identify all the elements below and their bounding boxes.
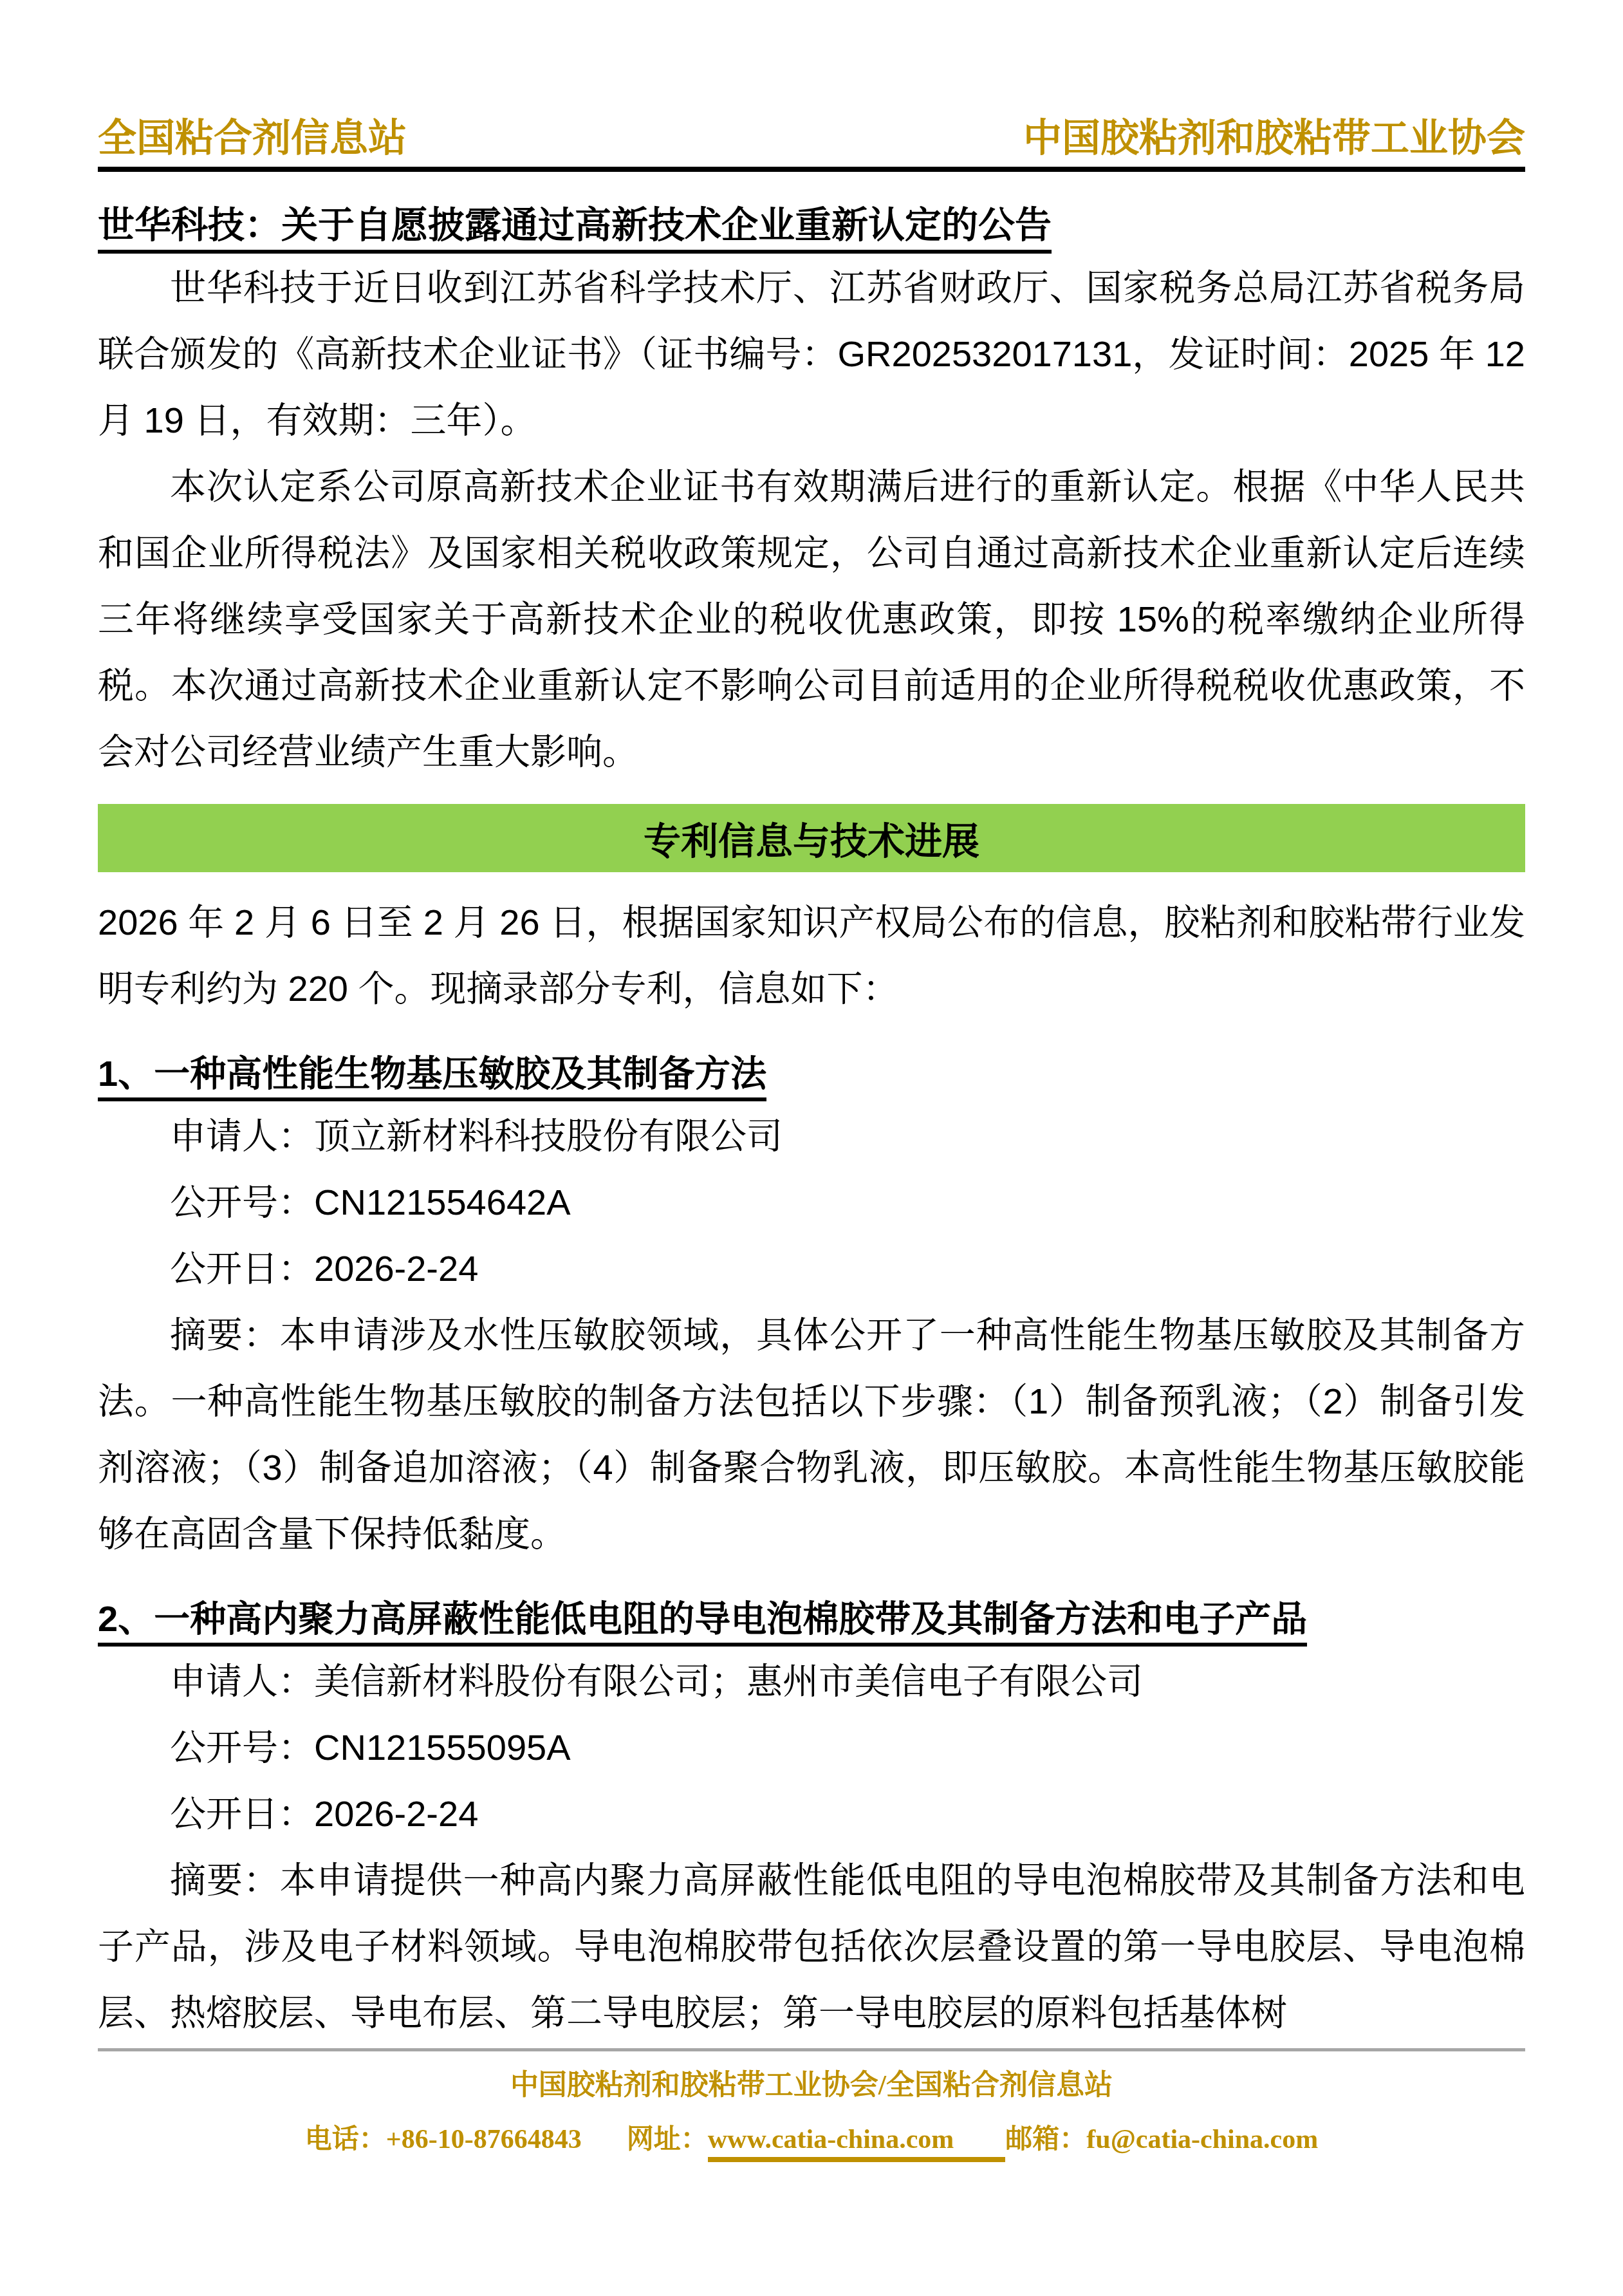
footer-organization-line: 中国胶粘剂和胶粘带工业协会/全国粘合剂信息站 bbox=[98, 2069, 1525, 2102]
announcement-paragraph: 本次认定系公司原高新技术企业证书有效期满后进行的重新认定。根据《中华人民共和国企… bbox=[98, 453, 1525, 785]
patent-heading: 1、一种高性能生物基压敏胶及其制备方法 bbox=[98, 1045, 1525, 1103]
document-page: 全国粘合剂信息站 中国胶粘剂和胶粘带工业协会 世华科技：关于自愿披露通过高新技术… bbox=[0, 0, 1623, 2296]
announcement-paragraph: 世华科技于近日收到江苏省科学技术厅、江苏省财政厅、国家税务总局江苏省税务局联合颁… bbox=[98, 254, 1525, 453]
announcement-title: 世华科技：关于自愿披露通过高新技术企业重新认定的公告 bbox=[98, 196, 1525, 254]
patent-publication-no: 公开号：CN121555095A bbox=[98, 1714, 1525, 1780]
footer-contacts-line: 电话：+86-10-87664843网址：www.catia-china.com… bbox=[98, 2123, 1525, 2156]
announcement-title-text: 世华科技：关于自愿披露通过高新技术企业重新认定的公告 bbox=[98, 205, 1052, 254]
patent-publication-date: 公开日：2026-2-24 bbox=[98, 1235, 1525, 1302]
footer-phone: 电话：+86-10-87664843 bbox=[305, 2125, 582, 2154]
patent-entry: 2、一种高内聚力高屏蔽性能低电阻的导电泡棉胶带及其制备方法和电子产品 申请人：美… bbox=[98, 1590, 1525, 2046]
patent-heading-text: 2、一种高内聚力高屏蔽性能低电阻的导电泡棉胶带及其制备方法和电子产品 bbox=[98, 1598, 1307, 1647]
patent-applicant: 申请人：顶立新材料科技股份有限公司 bbox=[98, 1103, 1525, 1169]
page-footer: 中国胶粘剂和胶粘带工业协会/全国粘合剂信息站 电话：+86-10-8766484… bbox=[98, 2048, 1525, 2156]
patents-intro: 2026 年 2 月 6 日至 2 月 26 日，根据国家知识产权局公布的信息，… bbox=[98, 889, 1525, 1022]
footer-website-link[interactable]: www.catia-china.com bbox=[708, 2125, 1006, 2162]
section-banner-title: 专利信息与技术进展 bbox=[644, 811, 979, 865]
patent-abstract: 摘要：本申请提供一种高内聚力高屏蔽性能低电阻的导电泡棉胶带及其制备方法和电子产品… bbox=[98, 1847, 1525, 2046]
patent-heading-text: 1、一种高性能生物基压敏胶及其制备方法 bbox=[98, 1053, 766, 1101]
masthead-left-brand: 全国粘合剂信息站 bbox=[98, 118, 407, 159]
patent-publication-date: 公开日：2026-2-24 bbox=[98, 1780, 1525, 1847]
section-banner: 专利信息与技术进展 bbox=[98, 804, 1525, 872]
document-body: 世华科技：关于自愿披露通过高新技术企业重新认定的公告 世华科技于近日收到江苏省科… bbox=[98, 196, 1525, 2046]
masthead-right-brand: 中国胶粘剂和胶粘带工业协会 bbox=[1023, 118, 1525, 159]
patent-heading: 2、一种高内聚力高屏蔽性能低电阻的导电泡棉胶带及其制备方法和电子产品 bbox=[98, 1590, 1525, 1648]
patent-publication-no: 公开号：CN121554642A bbox=[98, 1169, 1525, 1235]
footer-web-label: 网址： bbox=[627, 2125, 708, 2154]
patent-entry: 1、一种高性能生物基压敏胶及其制备方法 申请人：顶立新材料科技股份有限公司 公开… bbox=[98, 1045, 1525, 1567]
patent-applicant: 申请人：美信新材料股份有限公司；惠州市美信电子有限公司 bbox=[98, 1648, 1525, 1714]
patent-abstract: 摘要：本申请涉及水性压敏胶领域，具体公开了一种高性能生物基压敏胶及其制备方法。一… bbox=[98, 1302, 1525, 1567]
footer-email: 邮箱：fu@catia-china.com bbox=[1005, 2125, 1318, 2154]
masthead: 全国粘合剂信息站 中国胶粘剂和胶粘带工业协会 bbox=[98, 0, 1525, 172]
